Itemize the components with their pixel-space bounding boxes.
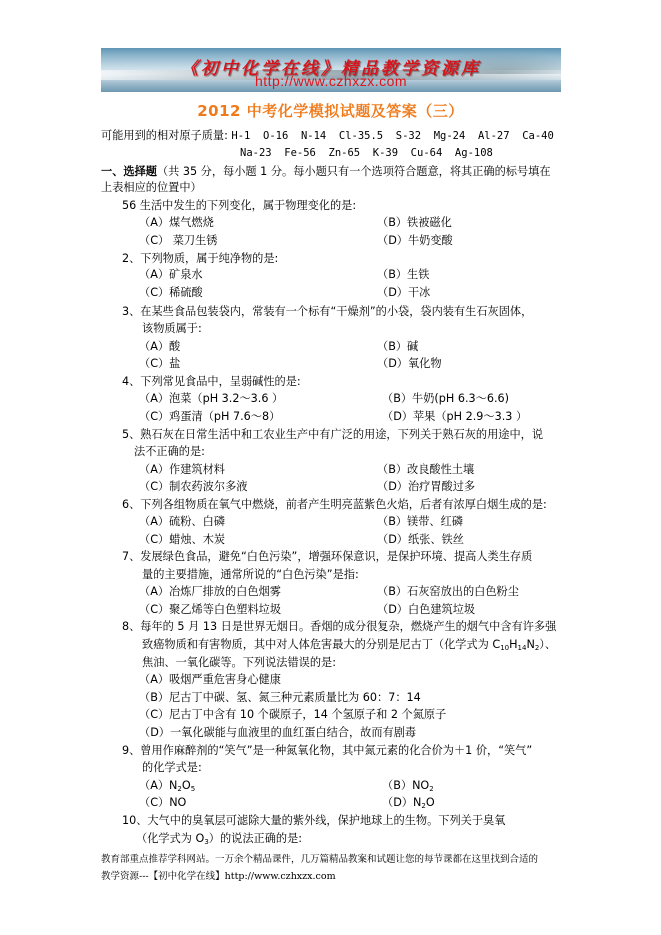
question-9-stem-1: 9、曾用作麻醉剂的“笑气”是一种氮氧化物，其中氮元素的化合价为＋1 价，“笑气” bbox=[122, 744, 532, 758]
footer-line-1: 教育部重点推荐学科网站。一万余个精品课件，几万篇精品教案和试题让您的每节课都在这… bbox=[101, 851, 538, 865]
question-1-option-c: （C） 菜刀生锈 bbox=[139, 234, 218, 248]
atomic-mass-row-1: 可能用到的相对原子质量: H-1 O-16 N-14 Cl-35.5 S-32 … bbox=[101, 129, 554, 143]
question-6-option-a: （A）硫粉、白磷 bbox=[139, 515, 225, 529]
question-8-stem-3: 焦油、一氧化碳等。下列说法错误的是: bbox=[142, 656, 336, 670]
section-instructions-2: 上表相应的位置中） bbox=[101, 181, 202, 195]
question-2-option-c: （C）稀硫酸 bbox=[139, 286, 203, 300]
footer-line-2: 教学资源---【初中化学在线】http://www.czhxzx.com bbox=[101, 868, 336, 882]
question-7-option-c: （C）聚乙烯等白色塑料垃圾 bbox=[139, 603, 281, 617]
question-3-option-d: （D）氧化物 bbox=[377, 357, 442, 371]
question-9-option-a: （A）N2O5 bbox=[139, 779, 195, 796]
question-7-option-a: （A）冶炼厂排放的白色烟雾 bbox=[139, 585, 281, 599]
question-3-option-c: （C）盐 bbox=[139, 357, 180, 371]
question-5-option-d: （D）治疗胃酸过多 bbox=[377, 480, 475, 494]
question-9-option-b: （B）NO2 bbox=[382, 779, 434, 796]
question-4-option-a: （A）泡菜（pH 3.2～3.6 ） bbox=[139, 392, 283, 406]
question-10-stem-2: （化学式为 O3）的说法正确的是: bbox=[136, 832, 302, 849]
section-heading-row: 一、选择题（共 35 分，每小题 1 分。每小题只有一个选项符合题意，将其正确的… bbox=[101, 165, 551, 179]
question-8-option-a: （A）吸烟严重危害身心健康 bbox=[139, 673, 281, 687]
question-3-option-a: （A）酸 bbox=[139, 340, 180, 354]
atomic-mass-values-2: Na-23 Fe-56 Zn-65 K-39 Cu-64 Ag-108 bbox=[240, 146, 493, 160]
question-1-stem: 56 生活中发生的下列变化，属于物理变化的是: bbox=[122, 199, 356, 213]
question-6-stem: 6、下列各组物质在氧气中燃烧，前者产生明亮蓝紫色火焰，后者有浓厚白烟生成的是: bbox=[122, 498, 547, 512]
footer-line-2-text: 教学资源---【初中化学在线】 bbox=[101, 871, 225, 882]
atomic-mass-values-1: H-1 O-16 N-14 Cl-35.5 S-32 Mg-24 Al-27 C… bbox=[231, 130, 553, 142]
section-heading: 一、选择题 bbox=[101, 165, 157, 178]
question-7-option-d: （D）白色建筑垃圾 bbox=[377, 603, 475, 617]
question-8-stem-1: 8、每年的 5 月 13 日是世界无烟日。香烟的成分很复杂，燃烧产生的烟气中含有… bbox=[122, 620, 556, 634]
question-8-option-c: （C）尼古丁中含有 10 个碳原子，14 个氢原子和 2 个氮原子 bbox=[139, 708, 446, 722]
section-instructions-1: （共 35 分，每小题 1 分。每小题只有一个选项符合题意，将其正确的标号填在 bbox=[157, 165, 551, 178]
nicotine-formula: C10H14N2 bbox=[492, 638, 539, 651]
question-1-option-d: （D）牛奶变酸 bbox=[377, 234, 453, 248]
question-5-option-b: （B）改良酸性土壤 bbox=[377, 463, 474, 477]
question-3-stem-1: 3、在某些食品包装袋内，常装有一个标有“干燥剂”的小袋，袋内装有生石灰固体， bbox=[122, 305, 532, 319]
question-9-option-d: （D）N2O bbox=[382, 796, 435, 813]
banner-url-link[interactable]: http://www.czhxzx.com bbox=[101, 73, 561, 89]
question-5-option-a: （A）作建筑材料 bbox=[139, 463, 225, 477]
question-7-option-b: （B）石灰窑放出的白色粉尘 bbox=[377, 585, 519, 599]
document-title: 2012 中考化学模拟试题及答案（三） bbox=[0, 100, 661, 121]
question-10-stem-1: 10、大气中的臭氧层可滤除大量的紫外线，保护地球上的生物。下列关于臭氧 bbox=[122, 814, 505, 828]
question-6-option-d: （D）纸张、铁丝 bbox=[377, 533, 464, 547]
footer-url-link[interactable]: http://www.czhxzx.com bbox=[225, 871, 336, 882]
question-4-option-d: （D）苹果（pH 2.9～3.3 ） bbox=[382, 410, 527, 424]
question-2-option-d: （D）干冰 bbox=[377, 286, 430, 300]
question-1-option-b: （B）铁被磁化 bbox=[377, 216, 452, 230]
question-4-option-c: （C）鸡蛋清（pH 7.6～8） bbox=[139, 410, 280, 424]
question-6-option-b: （B）镁带、红磷 bbox=[377, 515, 463, 529]
question-7-stem-1: 7、发展绿色食品，避免“白色污染”，增强环保意识，是保护环境、提高人类生存质 bbox=[122, 550, 532, 564]
question-7-stem-2: 量的主要措施，通常所说的“白色污染”是指: bbox=[142, 568, 359, 582]
question-2-stem: 2、下列物质，属于纯净物的是: bbox=[122, 252, 278, 266]
question-6-option-c: （C）蜡烛、木炭 bbox=[139, 533, 225, 547]
question-9-option-c: （C）NO bbox=[139, 796, 186, 810]
question-8-stem-2: 致癌物质和有害物质，其中对人体危害最大的分别是尼古丁（化学式为 C10H14N2… bbox=[142, 638, 556, 655]
question-5-stem-2: 法不正确的是: bbox=[134, 445, 205, 459]
question-9-stem-2: 的化学式是: bbox=[142, 761, 202, 775]
question-4-stem: 4、下列常见食品中，呈弱碱性的是: bbox=[122, 375, 301, 389]
question-8-option-d: （D）一氧化碳能与血液里的血红蛋白结合，故而有剧毒 bbox=[139, 726, 416, 740]
question-4-option-b: （B）牛奶(pH 6.3～6.6) bbox=[382, 392, 509, 406]
question-8-stem-2-text: 致癌物质和有害物质，其中对人体危害最大的分别是尼古丁（化学式为 bbox=[142, 638, 492, 651]
question-2-option-b: （B）生铁 bbox=[377, 268, 429, 282]
question-1-option-a: （A）煤气燃烧 bbox=[139, 216, 214, 230]
site-banner: 《初中化学在线》精品教学资源库 http://www.czhxzx.com bbox=[101, 48, 561, 92]
question-8-option-b: （B）尼古丁中碳、氢、氮三种元素质量比为 60：7：14 bbox=[139, 691, 421, 705]
question-2-option-a: （A）矿泉水 bbox=[139, 268, 203, 282]
question-3-option-b: （B）碱 bbox=[377, 340, 418, 354]
question-5-option-c: （C）制农药波尔多液 bbox=[139, 480, 248, 494]
atomic-mass-label: 可能用到的相对原子质量: bbox=[101, 129, 228, 142]
question-5-stem-1: 5、熟石灰在日常生活中和工农业生产中有广泛的用途，下列关于熟石灰的用途中，说 bbox=[122, 428, 543, 442]
question-3-stem-2: 该物质属于: bbox=[142, 322, 202, 336]
